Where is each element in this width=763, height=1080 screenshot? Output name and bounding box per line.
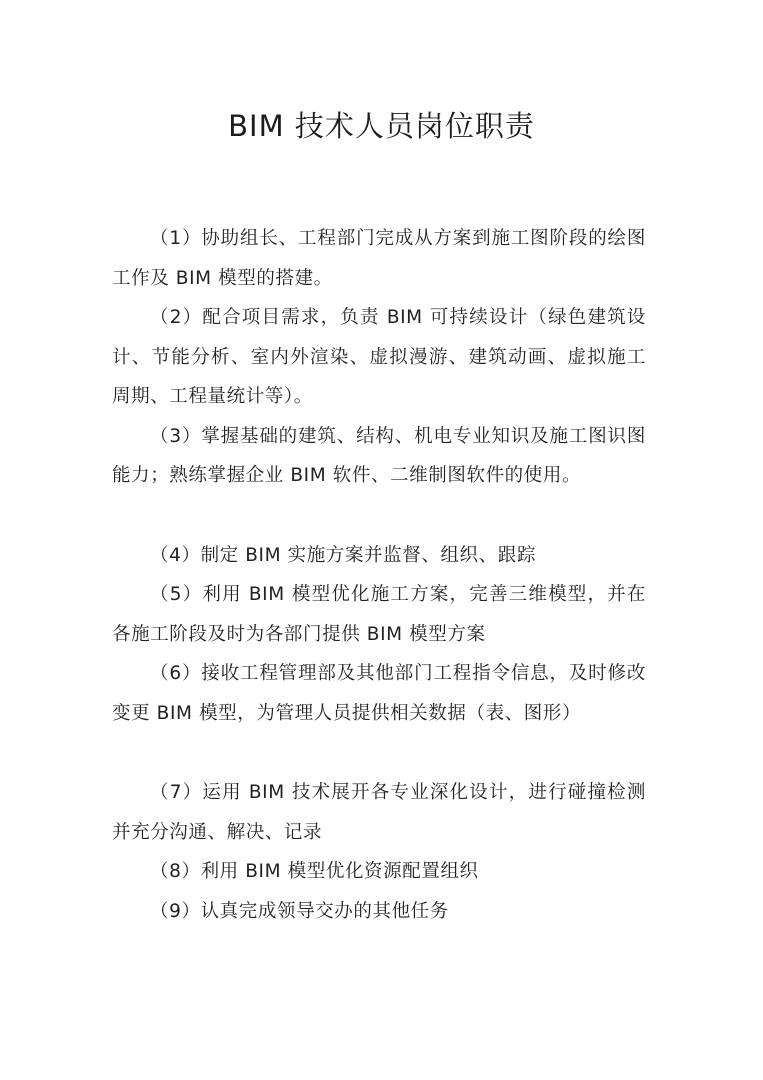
document-body: （1）协助组长、工程部门完成从方案到施工图阶段的绘图工作及 BIM 模型的搭建。…: [112, 219, 646, 931]
document-title: BIM 技术人员岗位职责: [0, 104, 763, 148]
duty-item-3: （3）掌握基础的建筑、结构、机电专业知识及施工图识图能力；熟练掌握企业 BIM …: [112, 417, 646, 496]
duty-item-9: （9）认真完成领导交办的其他任务: [112, 892, 646, 932]
duty-item-6: （6）接收工程管理部及其他部门工程指令信息，及时修改变更 BIM 模型，为管理人…: [112, 654, 646, 733]
paragraph-spacer: [112, 496, 646, 536]
duty-item-5: （5）利用 BIM 模型优化施工方案，完善三维模型，并在各施工阶段及时为各部门提…: [112, 575, 646, 654]
duty-item-1: （1）协助组长、工程部门完成从方案到施工图阶段的绘图工作及 BIM 模型的搭建。: [112, 219, 646, 298]
duty-item-2: （2）配合项目需求，负责 BIM 可持续设计（绿色建筑设计、节能分析、室内外渲染…: [112, 298, 646, 417]
duty-item-4: （4）制定 BIM 实施方案并监督、组织、跟踪: [112, 536, 646, 576]
paragraph-spacer: [112, 733, 646, 773]
duty-item-8: （8）利用 BIM 模型优化资源配置组织: [112, 852, 646, 892]
document-page: BIM 技术人员岗位职责 （1）协助组长、工程部门完成从方案到施工图阶段的绘图工…: [0, 0, 763, 1080]
duty-item-7: （7）运用 BIM 技术展开各专业深化设计，进行碰撞检测并充分沟通、解决、记录: [112, 773, 646, 852]
